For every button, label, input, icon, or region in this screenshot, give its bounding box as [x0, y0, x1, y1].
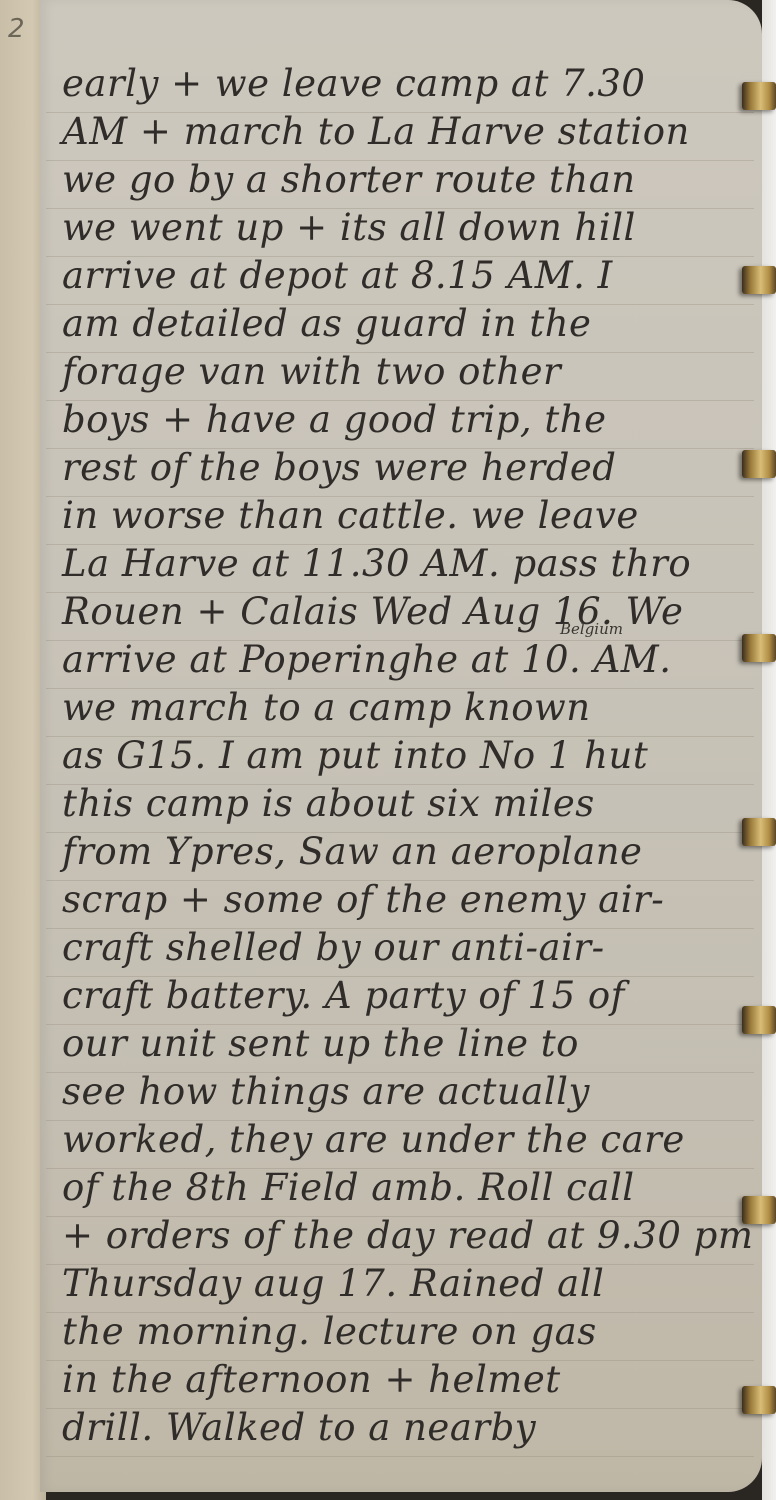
- binding-ring: [742, 450, 776, 478]
- diary-line: from Ypres, Saw an aeroplane: [62, 830, 762, 874]
- diary-line: La Harve at 11.30 AM. pass thro: [62, 542, 762, 586]
- page-number: 2: [8, 14, 25, 44]
- diary-line: in the afternoon + helmet: [62, 1358, 762, 1402]
- binding-ring: [742, 1386, 776, 1414]
- binding-ring: [742, 1196, 776, 1224]
- diary-line: the morning. lecture on gas: [62, 1310, 762, 1354]
- inserted-word-belgium: Belgium: [560, 620, 623, 638]
- diary-line: Rouen + Calais Wed Aug 16. We: [62, 590, 762, 634]
- ruled-line: [46, 1456, 754, 1457]
- diary-line: arrive at depot at 8.15 AM. I: [62, 254, 762, 298]
- diary-line: Thursday aug 17. Rained all: [62, 1262, 762, 1306]
- diary-line: rest of the boys were herded: [62, 446, 762, 490]
- diary-line: as G15. I am put into No 1 hut: [62, 734, 762, 778]
- diary-line: we go by a shorter route than: [62, 158, 762, 202]
- binding-ring: [742, 1006, 776, 1034]
- diary-line: arrive at Poperinghe at 10. AM.: [62, 638, 762, 682]
- diary-line: this camp is about six miles: [62, 782, 762, 826]
- diary-line: + orders of the day read at 9.30 pm: [62, 1214, 762, 1258]
- binding-ring: [742, 818, 776, 846]
- diary-line: scrap + some of the enemy air-: [62, 878, 762, 922]
- page-edge: [762, 0, 776, 1500]
- binding-ring: [742, 82, 776, 110]
- diary-line: AM + march to La Harve station: [62, 110, 762, 154]
- diary-line: craft shelled by our anti-air-: [62, 926, 762, 970]
- diary-line: we march to a camp known: [62, 686, 762, 730]
- diary-line: see how things are actually: [62, 1070, 762, 1114]
- diary-line: in worse than cattle. we leave: [62, 494, 762, 538]
- diary-line: early + we leave camp at 7.30: [62, 62, 762, 106]
- diary-line: we went up + its all down hill: [62, 206, 762, 250]
- binding-ring: [742, 634, 776, 662]
- diary-line: boys + have a good trip, the: [62, 398, 762, 442]
- diary-line: am detailed as guard in the: [62, 302, 762, 346]
- diary-line: forage van with two other: [62, 350, 762, 394]
- diary-line: of the 8th Field amb. Roll call: [62, 1166, 762, 1210]
- diary-line: drill. Walked to a nearby: [62, 1406, 762, 1450]
- binding-ring: [742, 266, 776, 294]
- diary-line: worked, they are under the care: [62, 1118, 762, 1162]
- diary-line: our unit sent up the line to: [62, 1022, 762, 1066]
- diary-line: craft battery. A party of 15 of: [62, 974, 762, 1018]
